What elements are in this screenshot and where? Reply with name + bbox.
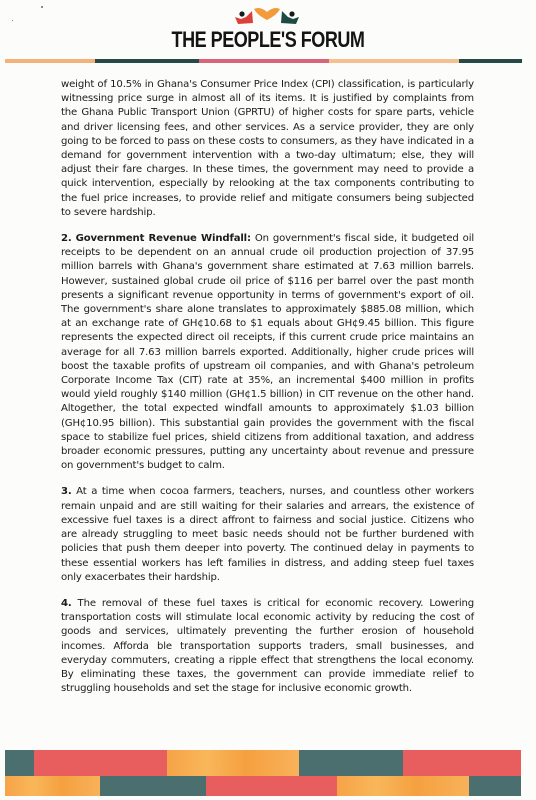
scan-speck [41,6,43,8]
footer-color-band [5,750,521,796]
section-economic-recovery: 4. The removal of these fuel taxes is cr… [61,597,474,696]
article-body: weight of 10.5% in Ghana's Consumer Pric… [61,78,474,708]
intro-paragraph: weight of 10.5% in Ghana's Consumer Pric… [61,78,474,220]
section-heading: Government Revenue Windfall: [76,233,251,244]
section-text: On government's fiscal side, it budgeted… [61,233,474,471]
section-revenue-windfall: 2. Government Revenue Windfall: On gover… [61,232,474,473]
section-text: The removal of these fuel taxes is criti… [61,598,474,694]
header-divider [5,59,522,63]
section-unpaid-workers: 3. At a time when cocoa farmers, teacher… [61,485,474,584]
document-page: THE PEOPLE'S FORUM weight of 10.5% in Gh… [0,0,536,800]
brand-title: THE PEOPLE'S FORUM [48,27,488,53]
section-number: 2. [61,233,72,244]
section-number: 3. [61,486,72,497]
people-heart-logo-icon [232,5,302,27]
scan-speck [12,20,13,21]
section-number: 4. [61,598,72,609]
section-text: At a time when cocoa farmers, teachers, … [61,486,474,582]
